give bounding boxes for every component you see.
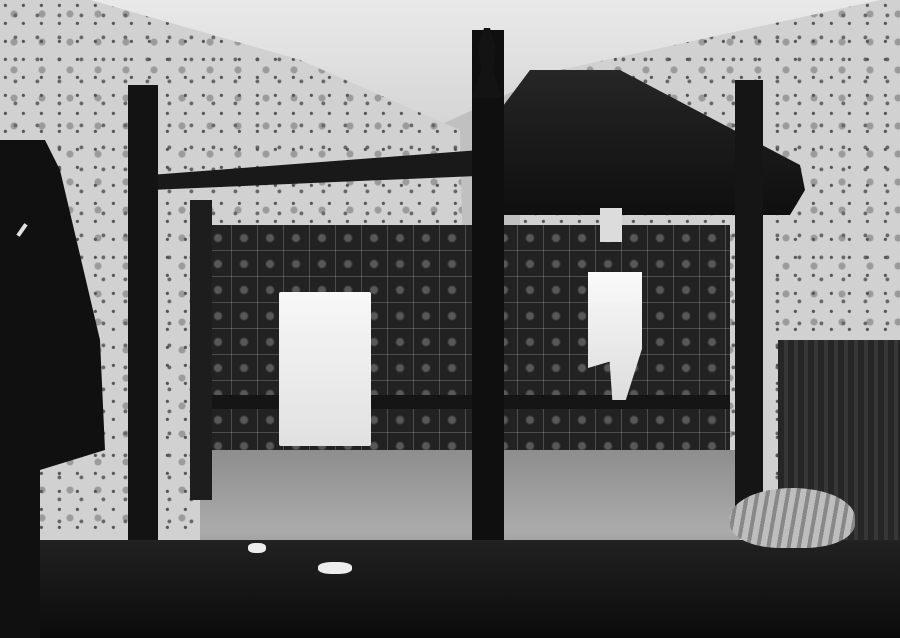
bed-post-left bbox=[128, 85, 158, 545]
tin bbox=[600, 208, 622, 242]
bed-post-inner bbox=[190, 200, 212, 500]
paper-scrap bbox=[248, 543, 266, 553]
photograph: Old photograph of a room with floral wal… bbox=[0, 0, 900, 638]
pillow bbox=[730, 488, 855, 548]
bed-post-front bbox=[472, 30, 504, 600]
paper-scrap bbox=[318, 562, 352, 574]
bench bbox=[40, 540, 900, 638]
bed-post-right bbox=[735, 80, 763, 510]
towel-left bbox=[279, 292, 371, 446]
